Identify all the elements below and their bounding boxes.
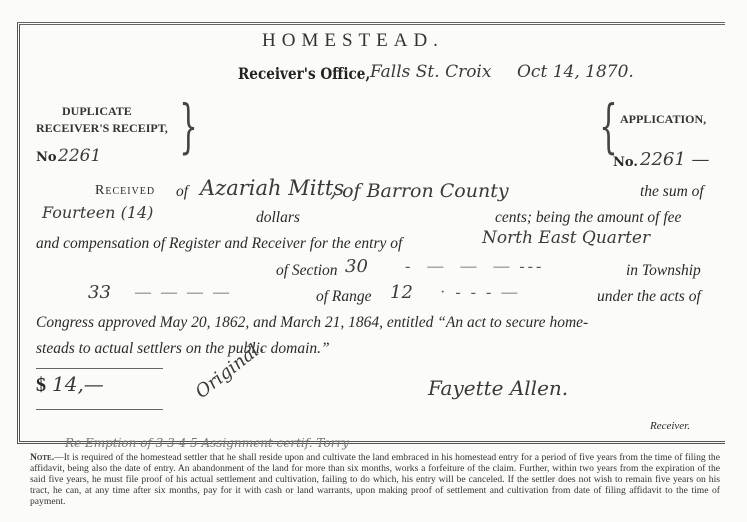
congress-text: Congress approved May 20, 1862, and Marc…: [36, 314, 588, 332]
compensation-text: and compensation of Register and Receive…: [36, 235, 402, 253]
note-text: —It is required of the homestead settler…: [30, 452, 720, 507]
amount-rule-top: [36, 368, 163, 369]
sum-of-label: the sum of: [640, 183, 704, 201]
township-label: in Township: [626, 262, 701, 280]
duplicate-label: DUPLICATE: [62, 104, 132, 119]
amount-figure: 14,—: [52, 372, 104, 396]
of-label: of: [176, 183, 188, 201]
receiver-label: Receiver.: [650, 420, 690, 432]
document-title: HOMESTEAD.: [262, 30, 444, 52]
section-value: 30: [345, 256, 368, 277]
tract-description: North East Quarter: [482, 228, 650, 248]
dollars-label: dollars: [256, 209, 300, 227]
acts-label: under the acts of: [597, 288, 701, 306]
payer-name: Azariah Mitts: [200, 176, 344, 200]
receivers-receipt-label: RECEIVER'S RECEIPT,: [36, 121, 168, 136]
left-brace: }: [179, 92, 197, 160]
payer-location: , of Barron County: [330, 180, 509, 202]
amount-words: Fourteen (14): [42, 203, 153, 222]
receipt-date: Oct 14, 1870.: [517, 62, 634, 82]
range-label: of Range: [316, 288, 372, 306]
section-label: of Section: [276, 262, 338, 280]
township-value: 33: [88, 282, 111, 303]
cents-label: cents; being the amount of fee: [495, 209, 681, 227]
application-label: APPLICATION,: [620, 112, 706, 127]
margin-note: Re Emption of 3 3 4 5 Assignment certif.…: [65, 436, 349, 450]
amount-rule-bottom: [36, 409, 163, 410]
office-location: Falls St. Croix: [370, 62, 491, 82]
receiver-signature: Fayette Allen.: [428, 376, 568, 400]
application-no-label: No.: [613, 155, 638, 170]
right-brace: {: [599, 92, 617, 160]
dash-fill: — — — —: [135, 284, 232, 302]
note-lead: Note.: [30, 452, 54, 463]
received-label: Received: [95, 183, 155, 199]
office-label: Receiver's Office,: [238, 64, 370, 83]
range-value: 12: [390, 282, 413, 303]
dash-fill: - — — — ---: [405, 258, 544, 276]
application-no-value: 2261 —: [640, 149, 710, 170]
homestead-note: Note.—It is required of the homestead se…: [30, 452, 720, 507]
receipt-no-label: No: [36, 150, 57, 165]
dash-fill: · - - - —: [440, 284, 520, 302]
dollar-sign: $: [36, 374, 46, 397]
congress-text-2: steads to actual settlers on the public …: [36, 340, 330, 358]
receipt-no-value: 2261: [58, 146, 101, 166]
